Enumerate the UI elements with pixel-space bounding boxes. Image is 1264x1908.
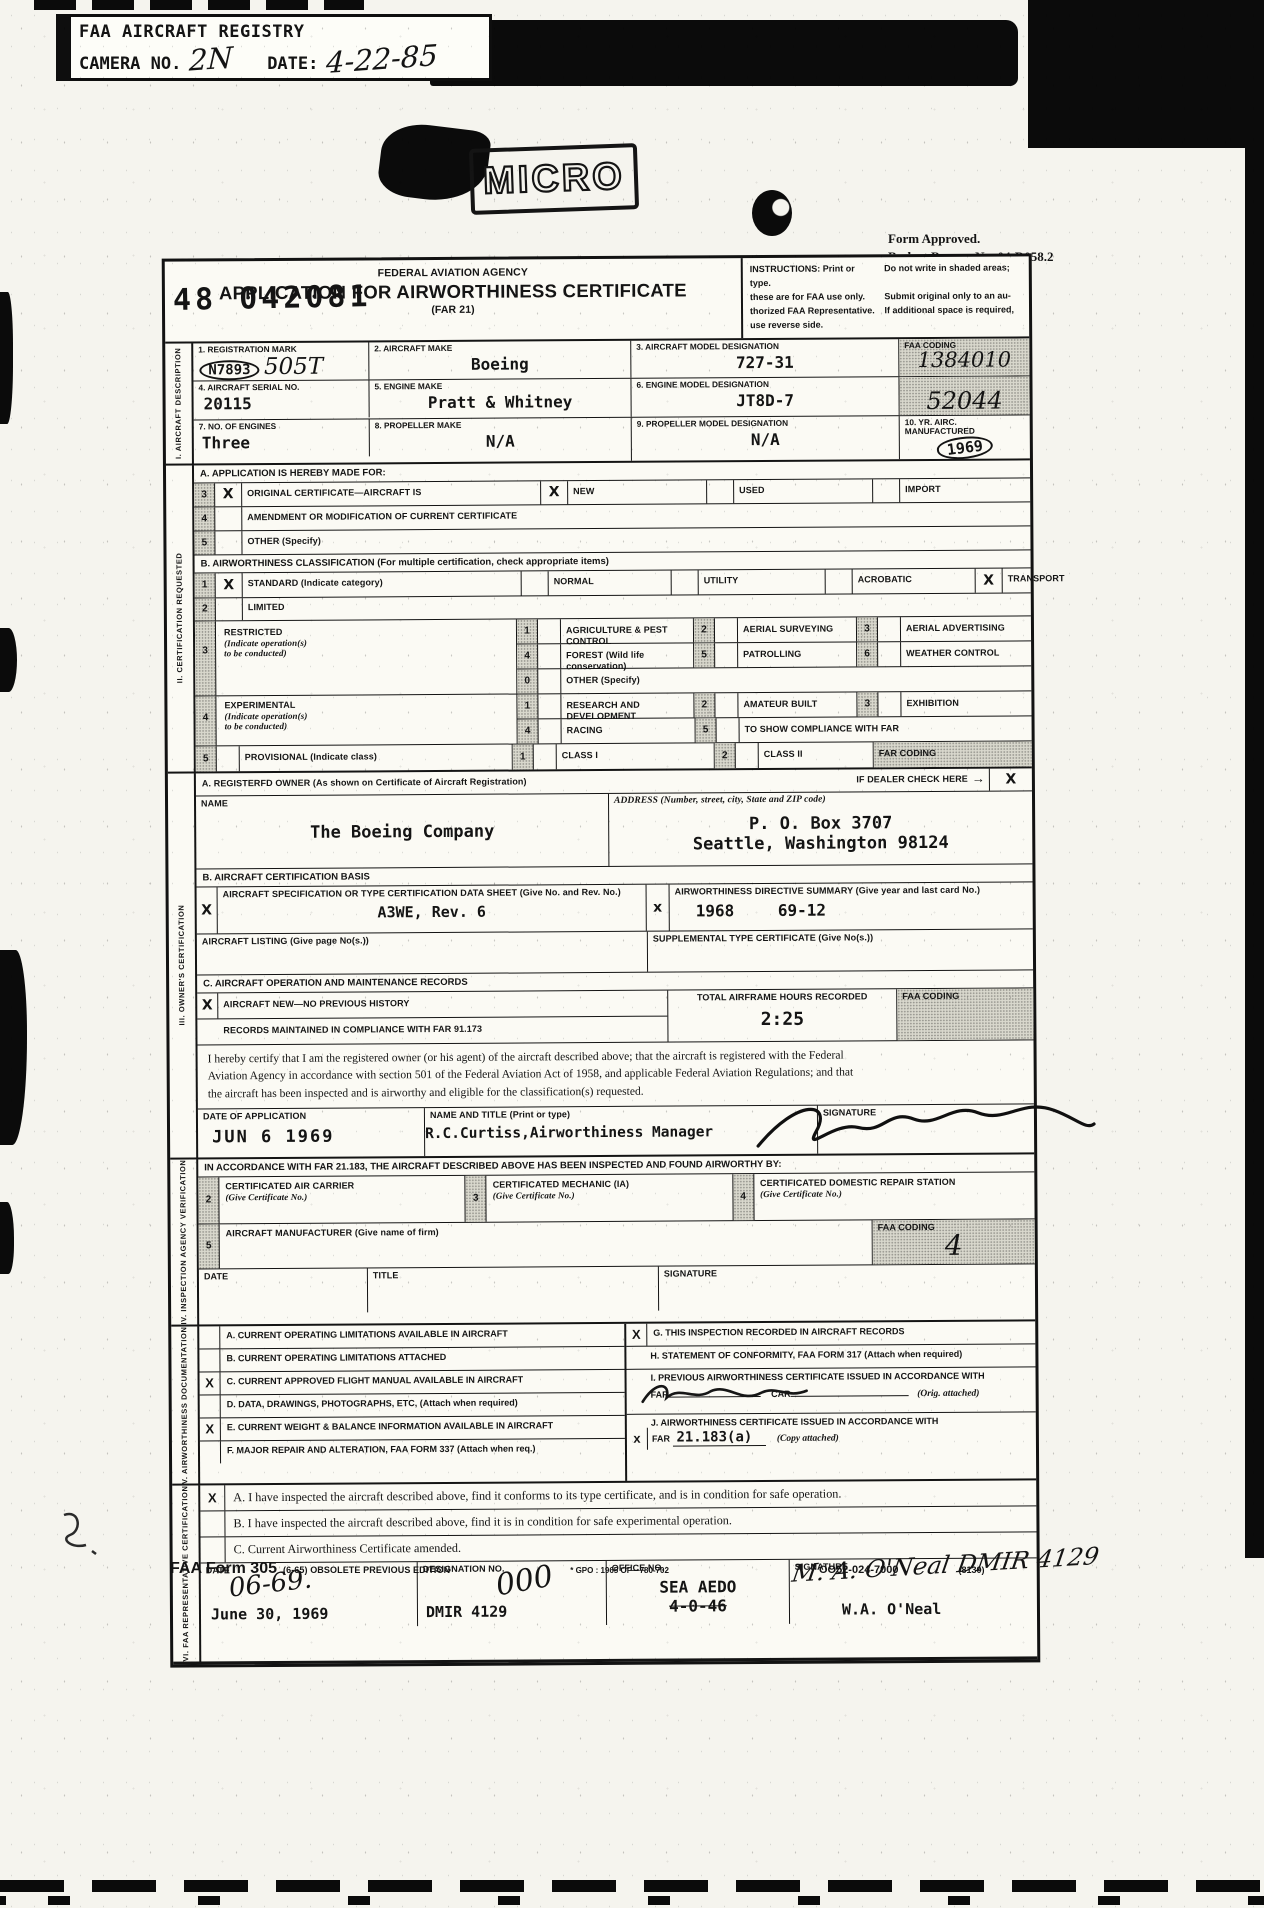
doc-e-label: E. CURRENT WEIGHT & BALANCE INFORMATION … xyxy=(221,1416,558,1440)
experimental-sub2: to be conducted) xyxy=(225,720,511,733)
checkbox-aerial-advertising xyxy=(878,617,901,641)
mechanic-sub: (Give Certificate No.) xyxy=(493,1189,726,1201)
form-header: FEDERAL AVIATION AGENCY APPLICATION FOR … xyxy=(165,256,1029,343)
experimental-op4-number: 4 xyxy=(518,719,539,743)
ad-summary-year: 1968 xyxy=(696,901,735,920)
faa-coding-cell-2: 52044 xyxy=(899,376,1029,415)
office-no-value1: SEA AEDO xyxy=(607,1577,789,1597)
checkbox-doc-a xyxy=(199,1326,220,1348)
doc-c-label: C. CURRENT APPROVED FLIGHT MANUAL AVAILA… xyxy=(221,1370,529,1394)
far-coding-cell: FAR CODING xyxy=(874,741,1032,767)
section3-side-label: III. OWNER'S CERTIFICATION xyxy=(177,905,186,1026)
doc-d-label: D. DATA, DRAWINGS, PHOTOGRAPHS, ETC, (At… xyxy=(221,1393,523,1417)
airframe-hours-value: 2:25 xyxy=(668,1008,896,1030)
airframe-hours-label: TOTAL AIRFRAME HOURS RECORDED xyxy=(668,989,896,1005)
aerial-advertising-label: AERIAL ADVERTISING xyxy=(901,616,1031,641)
ink-block-topright xyxy=(1028,0,1264,148)
checkbox-exhibition xyxy=(878,692,901,716)
serial-no-cell: 4. AIRCRAFT SERIAL NO. 20115 xyxy=(193,380,369,418)
inspection-title-label: TITLE xyxy=(368,1267,658,1284)
faa-coding-handwritten-4: 4 xyxy=(873,1228,1035,1262)
section4-side: IV. INSPECTION AGENCY VERIFICATION xyxy=(170,1159,199,1324)
aircraft-make-value: Boeing xyxy=(369,354,630,375)
inspection-date-label: DATE xyxy=(199,1268,367,1284)
experimental-op2-number: 2 xyxy=(694,693,715,717)
handwritten-scribble xyxy=(637,1375,827,1410)
footer-page-code: (8130) xyxy=(958,1565,984,1575)
checkbox-rep-a: X xyxy=(200,1486,225,1511)
checkbox-ad-summary: x xyxy=(647,884,670,930)
ink-mark-left3 xyxy=(0,950,27,1145)
faa-coding-handwritten-2: 52044 xyxy=(900,386,1030,415)
aircraft-model-value: 727-31 xyxy=(631,352,898,373)
registration-mark-handwritten: 505T xyxy=(264,353,323,379)
stc-label: SUPPLEMENTAL TYPE CERTIFICATE (Give No(s… xyxy=(648,929,1033,946)
ink-strip-right xyxy=(1245,148,1264,1558)
experimental-block: 4 EXPERIMENTAL (Indicate operation(s) to… xyxy=(195,691,1031,746)
restricted-op0-number: 0 xyxy=(517,669,538,693)
stamp-date-value: 4-22-85 xyxy=(326,38,439,80)
class2-number: 2 xyxy=(715,743,736,768)
restricted-number: 3 xyxy=(195,621,216,695)
spec-sheet-label: AIRCRAFT SPECIFICATION OR TYPE CERTIFICA… xyxy=(218,884,646,901)
owner-address-line2: Seattle, Washington 98124 xyxy=(609,833,1032,856)
provisional-number: 5 xyxy=(196,746,217,771)
checkbox-import xyxy=(873,479,900,502)
checkbox-doc-g: X xyxy=(626,1324,647,1346)
ink-mark-left2 xyxy=(0,628,17,692)
instruction-line: use reverse side. xyxy=(750,318,877,333)
checkbox-other xyxy=(215,531,242,554)
class2-label: CLASS II xyxy=(759,742,874,768)
checkbox-used xyxy=(707,480,734,503)
instructions-block: INSTRUCTIONS: Print or type. Do not writ… xyxy=(750,261,1022,332)
aircraft-make-cell: 2. AIRCRAFT MAKE Boeing xyxy=(369,340,631,379)
no-of-engines-label: 7. NO. OF ENGINES xyxy=(194,419,369,434)
doc-a-label: A. CURRENT OPERATING LIMITATIONS AVAILAB… xyxy=(220,1324,513,1348)
faa-coding-cell-4: FAA CODING 4 xyxy=(873,1219,1035,1264)
section-aircraft-description: I. AIRCRAFT DESCRIPTION 1. REGISTRATION … xyxy=(165,338,1030,465)
faa-form-305: FEDERAL AVIATION AGENCY APPLICATION FOR … xyxy=(162,253,1041,1668)
row4-number: 4 xyxy=(194,507,215,530)
checkbox-doc-b xyxy=(199,1349,220,1371)
footer-gpo: * GPO : 1965 OF—780-702 xyxy=(570,1566,669,1575)
transport-label: TRANSPORT xyxy=(1003,568,1031,592)
checkbox-provisional xyxy=(217,746,240,771)
doc-j-far-value: 21.183(a) xyxy=(672,1429,766,1447)
registration-mark-value: N7893 xyxy=(199,360,259,380)
racing-label: RACING xyxy=(562,718,696,743)
inspection-signature-label: SIGNATURE xyxy=(659,1264,1035,1281)
doc-j-copy-note: (Copy attached) xyxy=(777,1433,839,1443)
checkbox-weather-control xyxy=(878,642,901,666)
no-of-engines-cell: 7. NO. OF ENGINES Three xyxy=(194,419,370,457)
ink-mark-left4 xyxy=(0,1202,14,1274)
section2-side: II. CERTIFICATION REQUESTED xyxy=(166,465,196,771)
patrolling-label: PATROLLING xyxy=(738,642,857,667)
section1-side: I. AIRCRAFT DESCRIPTION xyxy=(165,343,194,463)
arrow-right-icon: → xyxy=(970,768,989,790)
research-development-label: RESEARCH AND DEVELOPMENT xyxy=(561,693,694,718)
owner-signature-cell: SIGNATURE xyxy=(818,1104,1034,1153)
faa-coding-cell-1: FAA CODING 1384010 xyxy=(899,338,1029,376)
original-certificate-label: ORIGINAL CERTIFICATE—AIRCRAFT IS xyxy=(242,481,541,506)
restricted-op2-number: 2 xyxy=(694,618,715,642)
spec-sheet-value: A3WE, Rev. 6 xyxy=(218,901,646,922)
checkbox-amendment xyxy=(215,507,242,530)
doc-f-label: F. MAJOR REPAIR AND ALTERATION, FAA FORM… xyxy=(221,1439,541,1463)
inspection-date-cell: DATE xyxy=(199,1268,368,1313)
restricted-sub2: to be conducted) xyxy=(224,647,510,660)
doc-b-label: B. CURRENT OPERATING LIMITATIONS ATTACHE… xyxy=(220,1348,451,1371)
acrobatic-label: ACROBATIC xyxy=(853,568,976,593)
checkbox-doc-e: X xyxy=(200,1418,221,1440)
section2-side-label: II. CERTIFICATION REQUESTED xyxy=(175,553,184,684)
checkbox-doc-c: X xyxy=(200,1372,221,1394)
checkbox-new: X xyxy=(541,481,568,504)
checkbox-original-certificate: X xyxy=(215,483,242,506)
aerial-surveying-label: AERIAL SURVEYING xyxy=(738,617,857,642)
checkbox-doc-d xyxy=(200,1395,221,1417)
ad-summary-label: AIRWORTHINESS DIRECTIVE SUMMARY (Give ye… xyxy=(670,882,1033,899)
instruction-line: these are for FAA use only. xyxy=(750,290,877,305)
serial-no-value: 20115 xyxy=(194,394,369,414)
checkbox-rep-b xyxy=(200,1512,225,1537)
checkbox-aircraft-new: X xyxy=(197,993,218,1018)
section-certification-requested: II. CERTIFICATION REQUESTED A. APPLICATI… xyxy=(166,460,1032,773)
owner-address-cell: ADDRESS (Number, street, city, State and… xyxy=(609,791,1032,866)
restricted-op1-number: 1 xyxy=(517,619,538,643)
propeller-model-value: N/A xyxy=(632,429,899,450)
checkbox-amateur-built xyxy=(715,693,738,717)
footer-form-number: FAA Form 305 xyxy=(170,1560,277,1578)
owner-name-value: The Boeing Company xyxy=(196,821,608,844)
manufacturer-number: 5 xyxy=(199,1224,220,1268)
inspection-signature-cell: SIGNATURE xyxy=(659,1264,1035,1310)
checkbox-class2 xyxy=(736,743,759,768)
normal-label: NORMAL xyxy=(549,570,672,595)
section-owners-certification: III. OWNER'S CERTIFICATION A. REGISTERFD… xyxy=(168,768,1034,1159)
checkbox-dealer: X xyxy=(989,768,1032,790)
section3-side: III. OWNER'S CERTIFICATION xyxy=(168,773,198,1157)
designation-no-typed: DMIR 4129 xyxy=(426,1603,507,1621)
rep-a-label: A. I have inspected the aircraft describ… xyxy=(225,1481,1036,1511)
ink-crescent xyxy=(752,190,792,236)
engine-model-cell: 6. ENGINE MODEL DESIGNATION JT8D-7 xyxy=(631,377,899,417)
restricted-block: 3 RESTRICTED (Indicate operation(s) to b… xyxy=(195,616,1031,696)
standard-label: STANDARD (Indicate category) xyxy=(243,571,522,597)
restricted-op3-number: 3 xyxy=(857,617,878,641)
doc-g-label: G. THIS INSPECTION RECORDED IN AIRCRAFT … xyxy=(647,1322,909,1346)
footer-edition: (6-65) OBSOLETE PREVIOUS EDITION xyxy=(283,1565,450,1576)
year-manufactured-cell: 10. YR. AIRC. MANUFACTURED 1969 xyxy=(900,415,1030,459)
air-carrier-sub: (Give Certificate No.) xyxy=(225,1191,458,1203)
engine-make-cell: 5. ENGINE MAKE Pratt & Whitney xyxy=(369,378,631,418)
experimental-op1-number: 1 xyxy=(517,694,538,718)
new-label: NEW xyxy=(568,480,707,504)
doc-i-orig-note: (Orig. attached) xyxy=(917,1389,979,1399)
show-compliance-label: TO SHOW COMPLIANCE WITH FAR xyxy=(740,716,1032,742)
registered-owner-header: A. REGISTERFD OWNER (As shown on Certifi… xyxy=(196,769,857,795)
rep-signature-typed: W.A. O'Neal xyxy=(842,1600,941,1619)
section4-side-label: IV. INSPECTION AGENCY VERIFICATION xyxy=(179,1159,189,1324)
faa-coding-handwritten-1: 1384010 xyxy=(899,348,1029,373)
engine-model-value: JT8D-7 xyxy=(632,390,899,411)
checkbox-class1 xyxy=(534,744,557,769)
provisional-label: PROVISIONAL (Indicate class) xyxy=(240,744,513,771)
used-label: USED xyxy=(734,479,873,503)
records-compliance-label: RECORDS MAINTAINED IN COMPLIANCE WITH FA… xyxy=(197,1016,667,1044)
camera-no-label: CAMERA NO. xyxy=(79,54,181,74)
experimental-op3-number: 3 xyxy=(857,692,878,716)
import-label: IMPORT xyxy=(900,478,1030,502)
mechanic-number: 3 xyxy=(466,1176,487,1222)
form-footer: FAA Form 305 (6-65) OBSOLETE PREVIOUS ED… xyxy=(170,1560,1050,1578)
manufacturer-label: AIRCRAFT MANUFACTURER (Give name of firm… xyxy=(226,1224,866,1239)
office-no-value2: 4-0-46 xyxy=(607,1596,789,1616)
doc-j-far-label: FAR xyxy=(652,1434,670,1444)
ink-band-top xyxy=(430,20,1018,86)
faa-coding-label-3: FAA CODING xyxy=(897,988,1033,1004)
no-of-engines-value: Three xyxy=(194,433,369,453)
ad-summary-card: 69-12 xyxy=(778,900,826,919)
agriculture-label: AGRICULTURE & PEST CONTROL xyxy=(561,618,694,643)
restricted-other-label: OTHER (Specify) xyxy=(561,666,1031,693)
repair-station-sub: (Give Certificate No.) xyxy=(760,1187,1028,1199)
checkbox-restricted-other xyxy=(538,669,561,693)
row3-number: 3 xyxy=(194,483,215,506)
standard-number: 1 xyxy=(195,573,216,597)
checkbox-research-development xyxy=(538,694,561,718)
form-approved-line: Form Approved. xyxy=(888,230,1054,248)
date-of-application-value: JUN 6 1969 xyxy=(198,1126,424,1147)
ink-bar-top xyxy=(34,0,364,10)
pencil-scribble-bottomleft xyxy=(52,1505,122,1565)
amateur-built-label: AMATEUR BUILT xyxy=(738,692,857,717)
checkbox-spec-sheet: X xyxy=(197,887,218,933)
registry-stamp: FAA AIRCRAFT REGISTRY CAMERA NO. 2N DATE… xyxy=(56,14,492,81)
row5-number: 5 xyxy=(194,531,215,554)
checkbox-forest xyxy=(538,644,561,668)
checkbox-doc-f xyxy=(200,1441,221,1463)
checkbox-show-compliance xyxy=(717,718,740,742)
amendment-label: AMENDMENT OR MODIFICATION OF CURRENT CER… xyxy=(242,502,1030,530)
restricted-op4-number: 4 xyxy=(517,644,538,668)
class1-label: CLASS I xyxy=(557,743,715,769)
weather-control-label: WEATHER CONTROL xyxy=(901,641,1031,666)
year-manufactured-value: 1969 xyxy=(936,433,994,462)
checkbox-utility xyxy=(672,570,699,594)
owner-name-label: NAME xyxy=(196,794,608,811)
ink-band-bottom xyxy=(0,1874,1264,1908)
experimental-op5-number: 5 xyxy=(696,718,717,742)
class1-number: 1 xyxy=(513,744,534,769)
aircraft-new-label: AIRCRAFT NEW—NO PREVIOUS HISTORY xyxy=(218,990,667,1018)
date-of-application-label: DATE OF APPLICATION xyxy=(198,1108,424,1124)
checkbox-normal xyxy=(522,571,549,595)
utility-label: UTILITY xyxy=(699,569,826,594)
ink-mark-left1 xyxy=(0,292,13,424)
dealer-check-label: IF DEALER CHECK HERE xyxy=(856,768,970,791)
checkbox-racing xyxy=(539,719,562,743)
owner-name-cell: NAME The Boeing Company xyxy=(196,794,609,869)
owner-signature-script xyxy=(738,1086,1098,1158)
propeller-make-cell: 8. PROPELLER MAKE N/A xyxy=(370,417,632,462)
section1-side-label: I. AIRCRAFT DESCRIPTION xyxy=(174,348,183,460)
inspection-title-cell: TITLE xyxy=(368,1267,659,1313)
camera-no-value: 2N xyxy=(189,40,234,77)
section-inspection-agency: IV. INSPECTION AGENCY VERIFICATION IN AC… xyxy=(170,1154,1035,1326)
doc-h-label: H. STATEMENT OF CONFORMITY, FAA FORM 317… xyxy=(626,1345,967,1369)
checkbox-aerial-surveying xyxy=(715,618,738,642)
propeller-model-cell: 9. PROPELLER MODEL DESIGNATION N/A xyxy=(632,416,900,461)
propeller-make-value: N/A xyxy=(370,431,631,452)
stamp-date-label: DATE: xyxy=(267,54,318,74)
exhibition-label: EXHIBITION xyxy=(901,691,1031,716)
owner-address-line1: P. O. Box 3707 xyxy=(609,813,1032,836)
other-label: OTHER (Specify) xyxy=(242,526,1030,554)
aircraft-listing-label: AIRCRAFT LISTING (Give page No(s.)) xyxy=(197,931,647,949)
instruction-line: INSTRUCTIONS: Print or type. xyxy=(750,262,878,291)
experimental-number: 4 xyxy=(195,696,216,745)
serial-number-stamp: 48 042081 xyxy=(173,279,372,318)
checkbox-acrobatic xyxy=(826,569,853,593)
section5-side-label: V. AIRWORTHINESS DOCUMENTATION xyxy=(180,1326,190,1484)
checkbox-standard: X xyxy=(216,573,243,597)
checkbox-doc-j: x xyxy=(627,1428,648,1450)
instruction-line: If additional space is required, xyxy=(884,303,1022,318)
checkbox-agriculture xyxy=(538,619,561,643)
limited-number: 2 xyxy=(195,598,216,620)
instruction-line: thorized FAA Representative. xyxy=(750,304,877,319)
repair-station-number: 4 xyxy=(733,1174,754,1220)
air-carrier-number: 2 xyxy=(198,1177,219,1223)
restricted-op5-number: 5 xyxy=(694,643,715,667)
instruction-line: Submit original only to an au- xyxy=(884,289,1022,304)
engine-make-value: Pratt & Whitney xyxy=(370,392,631,413)
footer-stock-number: OO52-024-7000 xyxy=(819,1564,899,1576)
checkbox-limited xyxy=(216,598,243,620)
registration-mark-cell: 1. REGISTRATION MARK N7893 505T xyxy=(193,342,369,380)
section5-side: V. AIRWORTHINESS DOCUMENTATION xyxy=(171,1326,200,1484)
micro-stamp: MICRO xyxy=(469,143,639,215)
checkbox-transport: X xyxy=(976,568,1003,592)
maintenance-records-block: X AIRCRAFT NEW—NO PREVIOUS HISTORY RECOR… xyxy=(197,988,1033,1045)
section-airworthiness-documentation: V. AIRWORTHINESS DOCUMENTATION A. CURREN… xyxy=(171,1321,1036,1486)
restricted-op6-number: 6 xyxy=(857,642,878,666)
rep-b-label: B. I have inspected the aircraft describ… xyxy=(225,1507,1036,1537)
rep-date-typed: June 30, 1969 xyxy=(211,1605,329,1624)
checkbox-patrolling xyxy=(715,643,738,667)
instruction-line: Do not write in shaded areas; xyxy=(884,261,1022,290)
owner-address-label: ADDRESS (Number, street, city, State and… xyxy=(609,791,1032,809)
forest-label: FOREST (Wild life conservation) xyxy=(561,643,694,668)
aircraft-model-cell: 3. AIRCRAFT MODEL DESIGNATION 727-31 xyxy=(631,339,899,378)
serial-no-label: 4. AIRCRAFT SERIAL NO. xyxy=(193,380,368,395)
date-of-application-cell: DATE OF APPLICATION JUN 6 1969 xyxy=(198,1108,425,1157)
